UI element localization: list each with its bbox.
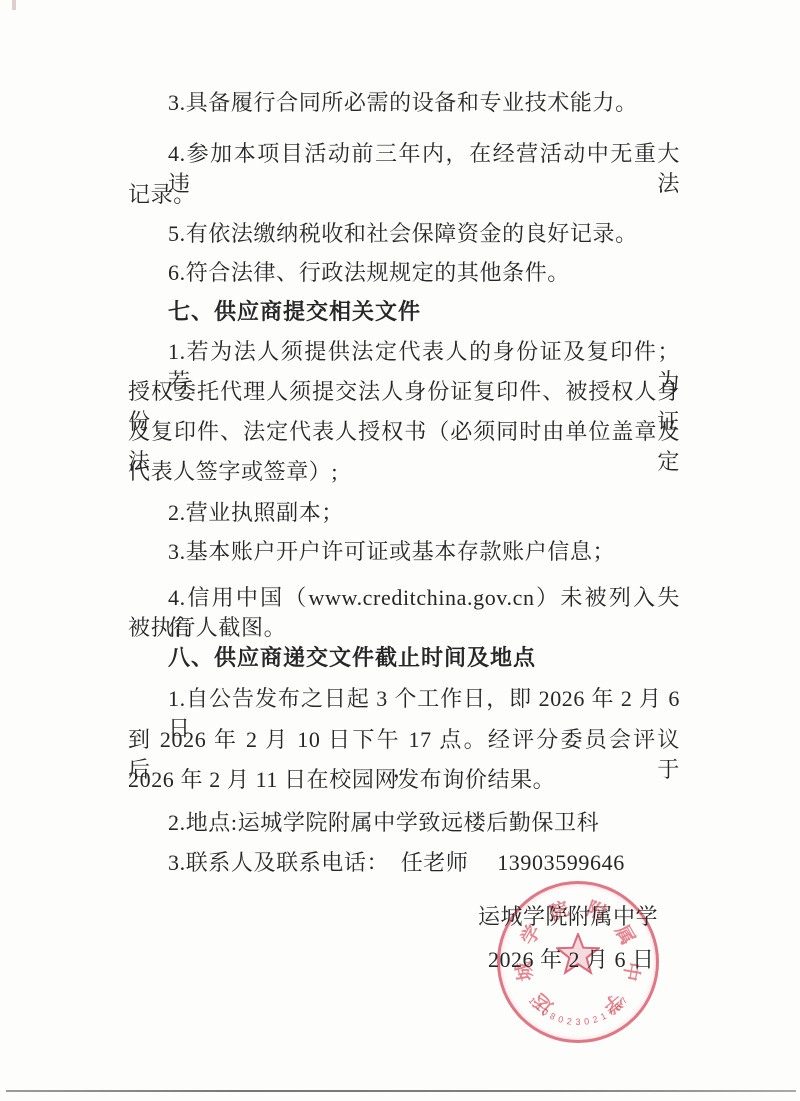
doc-line: 被执行人截图。 <box>128 613 680 643</box>
doc-line: 3.基本账户开户许可证或基本存款账户信息； <box>128 537 680 567</box>
doc-line: 2026 年 2 月 11 日在校园网发布询价结果。 <box>128 765 680 795</box>
doc-line-location: 2.地点:运城学院附属中学致远楼后勤保卫科 <box>128 808 680 838</box>
stamp-serial-digit: 2 <box>565 1016 574 1027</box>
doc-line: 3.具备履行合同所必需的设备和专业技术能力。 <box>128 88 680 118</box>
stamp-serial-digit: 3 <box>574 1017 582 1027</box>
doc-line: 6.符合法律、行政法规规定的其他条件。 <box>128 258 680 288</box>
section-heading-7: 七、供应商提交相关文件 <box>128 297 680 327</box>
signature-org: 运城学院附属中学 <box>478 903 658 931</box>
doc-line: 5.有依法缴纳税收和社会保障资金的良好记录。 <box>128 219 680 249</box>
scan-corner-artifact <box>12 0 16 10</box>
doc-line-contact: 3.联系人及联系电话： 任老师 13903599646 <box>128 848 680 878</box>
doc-line: 2.营业执照副本； <box>128 498 680 528</box>
signature-date: 2026 年 2 月 6 日 <box>488 946 655 974</box>
section-heading-8: 八、供应商递交文件截止时间及地点 <box>128 643 680 673</box>
scanned-document-page: 3.具备履行合同所必需的设备和专业技术能力。 4.参加本项目活动前三年内，在经营… <box>0 0 800 1101</box>
doc-line: 代表人签字或签章）; <box>128 457 680 487</box>
scan-page-edge <box>6 1090 796 1092</box>
doc-line: 记录。 <box>128 180 680 210</box>
